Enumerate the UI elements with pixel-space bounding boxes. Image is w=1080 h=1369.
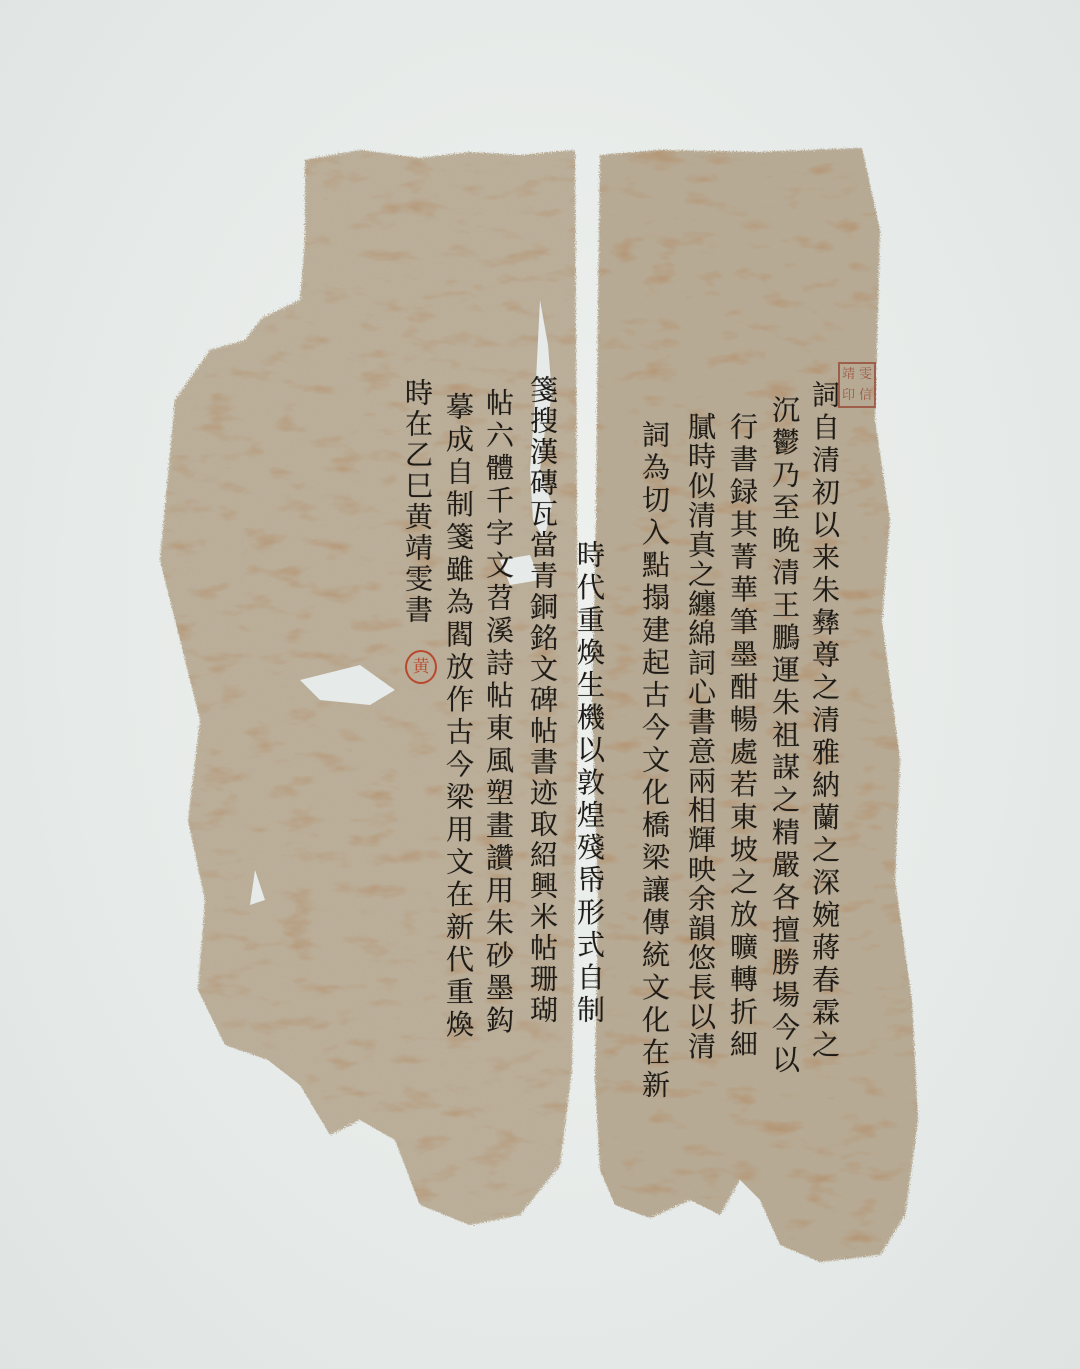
text-column-4: 膩時似清真之纏綿詞心書意兩相輝映余韻悠長以清 [686,412,714,1061]
seal-glyph: 靖 [840,364,857,385]
seal-glyph: 印 [840,385,857,406]
text-column-3: 行書録其菁華筆墨酣暢處若東坡之放曠轉折細 [728,412,756,1062]
text-column-2: 沉鬱乃至晚清王鵬運朱祖謀之精嚴各擅勝場今以 [770,395,798,1078]
text-column-5: 詞為切入點搨建起古今文化橋梁讓傳統文化在新 [640,420,668,1103]
artwork-photo: 詞自清初以来朱彝尊之清雅納蘭之深婉蔣春霖之 沉鬱乃至晚清王鵬運朱祖謀之精嚴各擅勝… [0,0,1080,1369]
text-column-9: 摹成自制箋雖為閻放作古今梁用文在新代重煥 [444,392,472,1042]
square-seal: 靖 雯 印 信 [838,362,876,408]
signature-column: 時在乙巳黄靖雯書 [403,378,431,626]
seal-glyph: 信 [857,385,874,406]
round-seal: 黄 [405,650,437,684]
text-column-6: 時代重煥生機以敦煌殘帋形式自制 [575,540,603,1028]
text-column-8: 帖六體千字文苕溪詩帖東風塑畫讚用朱砂墨鈎 [484,388,512,1038]
seal-glyph: 雯 [857,364,874,385]
text-column-7: 箋搜漢磚瓦當青銅銘文碑帖書迹取紹興米帖珊瑚 [528,375,556,1026]
text-column-1: 詞自清初以来朱彝尊之清雅納蘭之深婉蔣春霖之 [810,380,838,1063]
